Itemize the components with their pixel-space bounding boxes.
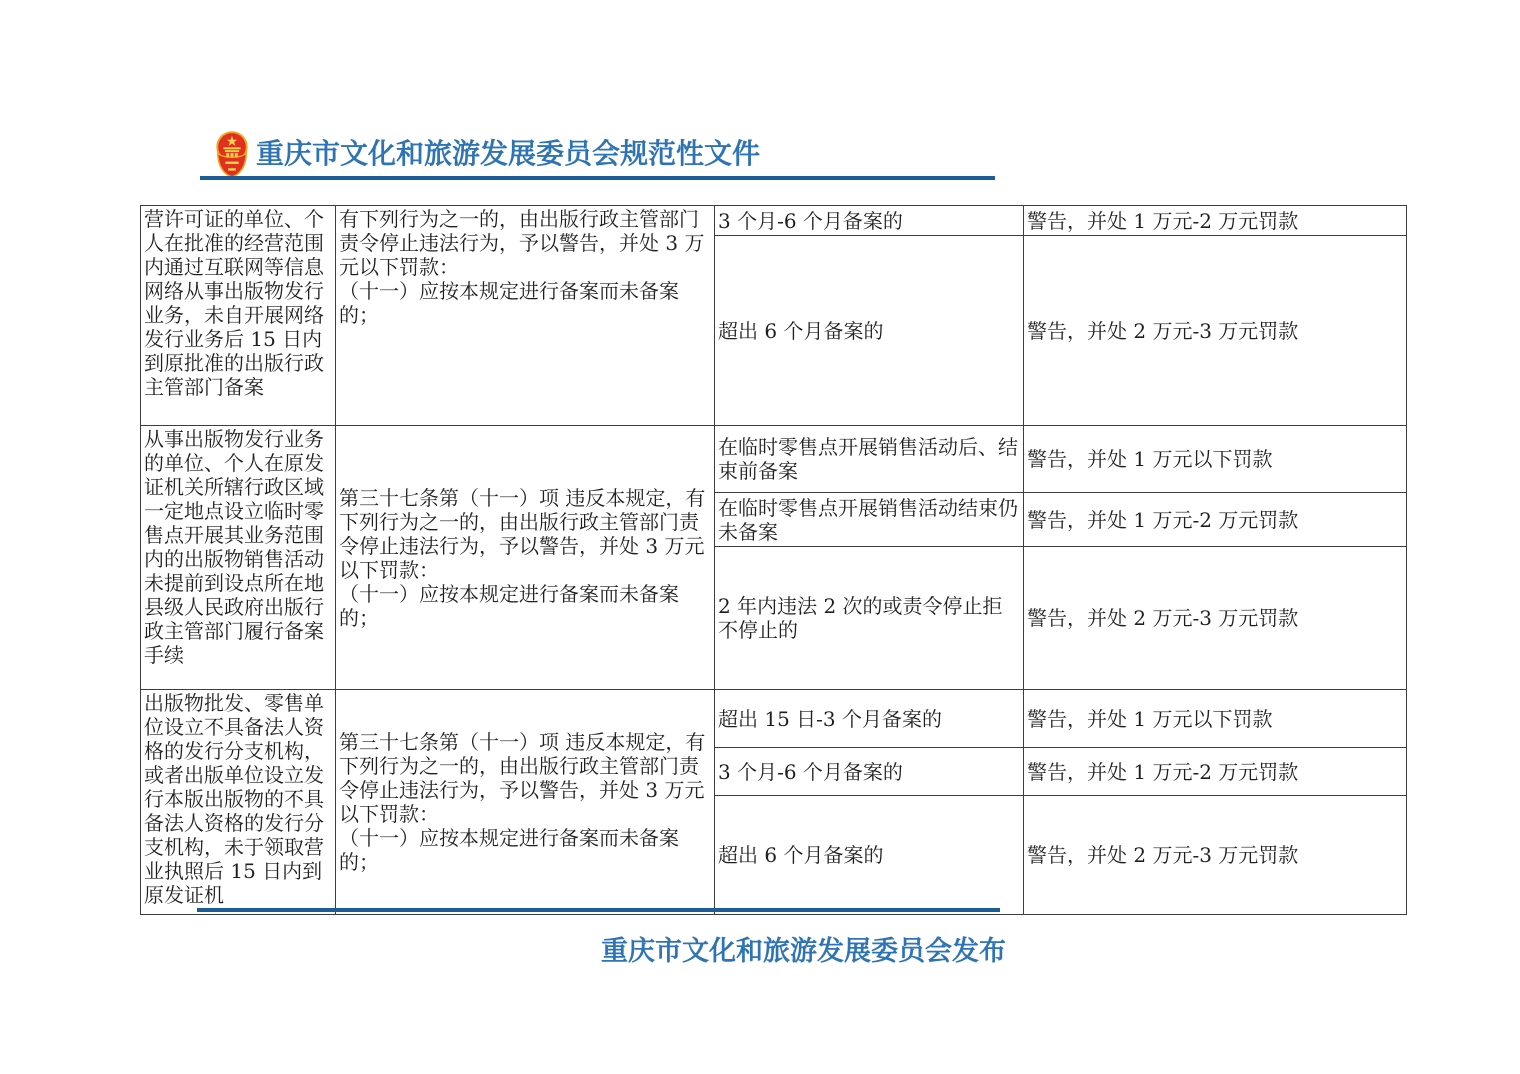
table-row: 营许可证的单位、个人在批准的经营范围内通过互联网等信息网络从事出版物发行业务，未… xyxy=(141,206,1407,236)
legal-basis-cell: 第三十七条第（十一）项 违反本规定，有下列行为之一的，由出版行政主管部门责令停止… xyxy=(336,426,715,690)
circumstance-cell: 3 个月-6 个月备案的 xyxy=(715,748,1024,796)
circumstance-cell: 超出 6 个月备案的 xyxy=(715,796,1024,915)
penalty-cell: 警告，并处 1 万元-2 万元罚款 xyxy=(1024,206,1407,236)
circumstance-cell: 2 年内违法 2 次的或责令停止拒不停止的 xyxy=(715,547,1024,690)
header-divider xyxy=(200,176,995,180)
footer-publisher: 重庆市文化和旅游发展委员会发布 xyxy=(601,929,1006,968)
penalty-cell: 警告，并处 2 万元-3 万元罚款 xyxy=(1024,547,1407,690)
penalty-cell: 警告，并处 2 万元-3 万元罚款 xyxy=(1024,796,1407,915)
penalty-table: 营许可证的单位、个人在批准的经营范围内通过互联网等信息网络从事出版物发行业务，未… xyxy=(140,205,1407,915)
violation-cell: 从事出版物发行业务的单位、个人在原发证机关所辖行政区域一定地点设立临时零售点开展… xyxy=(141,426,336,690)
circumstance-cell: 在临时零售点开展销售活动结束仍未备案 xyxy=(715,493,1024,547)
circumstance-cell: 超出 15 日-3 个月备案的 xyxy=(715,690,1024,748)
penalty-cell: 警告，并处 1 万元-2 万元罚款 xyxy=(1024,493,1407,547)
penalty-cell: 警告，并处 1 万元以下罚款 xyxy=(1024,426,1407,493)
circumstance-cell: 超出 6 个月备案的 xyxy=(715,236,1024,426)
table-row: 出版物批发、零售单位设立不具备法人资格的发行分支机构，或者出版单位设立发行本版出… xyxy=(141,690,1407,748)
violation-cell: 营许可证的单位、个人在批准的经营范围内通过互联网等信息网络从事出版物发行业务，未… xyxy=(141,206,336,426)
violation-cell: 出版物批发、零售单位设立不具备法人资格的发行分支机构，或者出版单位设立发行本版出… xyxy=(141,690,336,915)
national-emblem-icon xyxy=(213,130,251,178)
circumstance-cell: 在临时零售点开展销售活动后、结束前备案 xyxy=(715,426,1024,493)
legal-basis-cell: 第三十七条第（十一）项 违反本规定，有下列行为之一的，由出版行政主管部门责令停止… xyxy=(336,690,715,915)
footer-divider xyxy=(197,908,1000,912)
penalty-cell: 警告，并处 1 万元以下罚款 xyxy=(1024,690,1407,748)
circumstance-cell: 3 个月-6 个月备案的 xyxy=(715,206,1024,236)
document-header: 重庆市文化和旅游发展委员会规范性文件 xyxy=(213,130,760,178)
document-page: 重庆市文化和旅游发展委员会规范性文件 营许可证的单位、个人在批准的经营范围内通过… xyxy=(0,0,1520,1074)
penalty-cell: 警告，并处 2 万元-3 万元罚款 xyxy=(1024,236,1407,426)
penalty-cell: 警告，并处 1 万元-2 万元罚款 xyxy=(1024,748,1407,796)
legal-basis-cell: 有下列行为之一的，由出版行政主管部门责令停止违法行为，予以警告，并处 3 万元以… xyxy=(336,206,715,426)
table-row: 从事出版物发行业务的单位、个人在原发证机关所辖行政区域一定地点设立临时零售点开展… xyxy=(141,426,1407,493)
page-title: 重庆市文化和旅游发展委员会规范性文件 xyxy=(256,130,760,178)
